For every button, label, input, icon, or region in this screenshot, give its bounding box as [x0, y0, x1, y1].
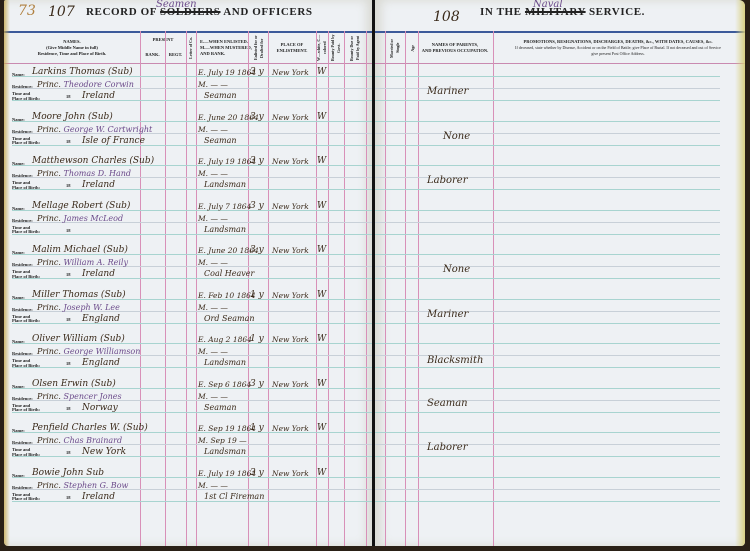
- enlistment-place: New York: [272, 335, 309, 344]
- birthplace: Norway: [82, 403, 118, 413]
- record-entry: Name:Malim Michael (Sub)Residence:Princ.…: [4, 242, 373, 286]
- header-regt: REGT.: [165, 47, 186, 63]
- header-enlisted: E.—WHEN ENLISTED. M.—WHEN MUSTERED, AND …: [196, 33, 252, 63]
- parents-occupation-entry: Mariner: [375, 64, 745, 108]
- year-prefix: 18: [66, 95, 71, 100]
- enlisted-date: E. Aug 2 1864: [198, 335, 252, 344]
- principal-name: James McLeod: [63, 214, 123, 223]
- residence-label: Residence:: [12, 174, 33, 179]
- recruit-name: Olsen Erwin (Sub): [32, 379, 116, 389]
- title-correction: Seamen: [156, 0, 197, 10]
- time-place-label: Time andPlace of Birth:: [12, 181, 40, 190]
- parents-occupation-entry: Seaman: [375, 376, 745, 420]
- time-place-label: Time andPlace of Birth:: [12, 226, 40, 235]
- birthplace: New York: [82, 447, 126, 457]
- residence-prefix: Princ.: [37, 214, 63, 223]
- recruit-name: Oliver William (Sub): [32, 334, 125, 344]
- residence-prefix: Princ.: [37, 347, 63, 356]
- record-entry: Name:Oliver William (Sub)Residence:Princ…: [4, 331, 373, 375]
- previous-occupation: Mariner: [427, 309, 468, 320]
- recruit-name: Penfield Charles W. (Sub): [32, 423, 148, 433]
- header-bounty-due-text: Bounty Due or Paid by Agent: [349, 33, 361, 63]
- color-mark: W: [317, 67, 326, 77]
- left-column-header: NAMES. (Give Middle Name in full) Reside…: [4, 31, 373, 64]
- color-mark: W: [317, 290, 326, 300]
- birthplace: England: [82, 314, 120, 324]
- previous-occupation: Laborer: [427, 442, 468, 453]
- year-prefix: 18: [66, 229, 71, 234]
- enlistment-place: New York: [272, 469, 309, 478]
- enlistment-period: 3 y: [250, 468, 264, 478]
- right-title-correction: Naval: [533, 0, 563, 10]
- color-mark: W: [317, 156, 326, 166]
- record-entry: Name:Moore John (Sub)Residence:Princ. Ge…: [4, 109, 373, 153]
- residence-label: Residence:: [12, 130, 33, 135]
- record-entry: Name:Bowie John SubResidence:Princ. Step…: [4, 465, 373, 509]
- year-prefix: 18: [66, 184, 71, 189]
- mustered-date: M. — —: [198, 258, 228, 267]
- residence-prefix: Princ.: [37, 169, 63, 178]
- title-suffix: AND OFFICERS: [223, 6, 312, 18]
- header-married-text: Married or Single: [389, 33, 401, 63]
- enlisted-date: E. Sep 6 1864: [198, 380, 251, 389]
- left-page-title: RECORD OF SOLDIERS AND OFFICERS: [86, 6, 313, 18]
- mustered-date: M. — —: [198, 125, 228, 134]
- residence-label: Residence:: [12, 263, 33, 268]
- residence-label: Residence:: [12, 486, 33, 491]
- naval-rank: Landsman: [204, 180, 246, 189]
- enlisted-date: E. July 7 1864: [198, 202, 251, 211]
- enlistment-place: New York: [272, 157, 309, 166]
- enlisted-date: E. July 19 1864: [198, 469, 256, 478]
- naval-rank: Ord Seaman: [204, 314, 255, 323]
- residence-label: Residence:: [12, 219, 33, 224]
- recruit-name: Miller Thomas (Sub): [32, 290, 126, 300]
- enlisted-date: E. Sep 19 1864: [198, 424, 256, 433]
- recruit-name: Bowie John Sub: [32, 468, 104, 478]
- recruit-name: Moore John (Sub): [32, 112, 113, 122]
- record-entry: Name:Larkins Thomas (Sub)Residence:Princ…: [4, 64, 373, 108]
- mustered-date: M. — —: [198, 481, 228, 490]
- name-label: Name:: [12, 118, 25, 123]
- year-prefix: 18: [66, 451, 71, 456]
- title-prefix: RECORD OF: [86, 6, 157, 18]
- birthplace: Ireland: [82, 492, 115, 502]
- residence-label: Residence:: [12, 308, 33, 313]
- birthplace: England: [82, 358, 120, 368]
- header-promotions-note: If deceased, state whether by Disease, A…: [493, 45, 743, 57]
- pencil-page-number: 73: [18, 3, 36, 19]
- name-label: Name:: [12, 385, 25, 390]
- enlisted-date: E. Feb 10 1864: [198, 291, 256, 300]
- recruit-name: Mellage Robert (Sub): [32, 201, 130, 211]
- header-age-text: Age: [410, 45, 416, 52]
- residence-value: Princ. Theodore Corwin: [37, 80, 134, 89]
- time-place-label: Time andPlace of Birth:: [12, 315, 40, 324]
- mustered-date: M. — —: [198, 392, 228, 401]
- header-enlisted-period: Enlisted for or Drafted for: [250, 33, 268, 63]
- time-place-label: Time andPlace of Birth:: [12, 448, 40, 457]
- residence-prefix: Princ.: [37, 80, 63, 89]
- enlistment-period: 3 y: [250, 245, 264, 255]
- time-place-label: Time andPlace of Birth:: [12, 359, 40, 368]
- residence-value: Princ. Spencer Jones: [37, 392, 122, 401]
- previous-occupation: Mariner: [427, 86, 468, 97]
- name-label: Name:: [12, 162, 25, 167]
- naval-rank: 1st Cl Fireman: [204, 492, 264, 501]
- color-mark: W: [317, 379, 326, 389]
- residence-prefix: Princ.: [37, 258, 63, 267]
- right-column-header: Married or Single Age NAMES OF PARENTS, …: [375, 31, 745, 64]
- residence-prefix: Princ.: [37, 481, 63, 490]
- principal-name: William A. Reily: [63, 258, 127, 267]
- naval-rank: Landsman: [204, 447, 246, 456]
- right-page: 108 IN THE MILITARY SERVICE. Naval Marri…: [375, 0, 745, 546]
- birthplace: Ireland: [82, 91, 115, 101]
- record-entry: Name:Matthewson Charles (Sub)Residence:P…: [4, 153, 373, 197]
- enlistment-period: 1 y: [250, 334, 264, 344]
- time-place-label: Time andPlace of Birth:: [12, 270, 40, 279]
- naval-rank: Coal Heaver: [204, 269, 254, 278]
- parents-occupation-entry: None: [375, 109, 745, 153]
- record-entry: Name:Olsen Erwin (Sub)Residence:Princ. S…: [4, 376, 373, 420]
- principal-name: George Williamson: [63, 347, 140, 356]
- header-age: Age: [408, 33, 418, 63]
- enlistment-period: 3 y: [250, 112, 264, 122]
- principal-name: Stephen G. Bow: [63, 481, 128, 490]
- mustered-date: M. — —: [198, 80, 228, 89]
- name-label: Name:: [12, 296, 25, 301]
- header-bounty-paid-text: Bounty Paid by Govt.: [330, 33, 342, 63]
- enlistment-period: 3 y: [250, 201, 264, 211]
- residence-prefix: Princ.: [37, 303, 63, 312]
- header-bounty-paid: Bounty Paid by Govt.: [328, 33, 344, 63]
- name-label: Name:: [12, 251, 25, 256]
- residence-label: Residence:: [12, 397, 33, 402]
- enlistment-place: New York: [272, 68, 309, 77]
- year-prefix: 18: [66, 362, 71, 367]
- header-place-line2: ENLISTMENT.: [277, 48, 308, 54]
- enlistment-period: 1 y: [250, 290, 264, 300]
- name-label: Name:: [12, 73, 25, 78]
- color-mark: W: [317, 201, 326, 211]
- enlistment-period: 3 y: [250, 67, 264, 77]
- residence-value: Princ. Stephen G. Bow: [37, 481, 128, 490]
- record-entry: Name:Penfield Charles W. (Sub)Residence:…: [4, 420, 373, 464]
- residence-value: Princ. James McLeod: [37, 214, 123, 223]
- header-letter-co-text: Letter of Co.: [188, 37, 194, 59]
- residence-value: Princ. Chas Brainard: [37, 436, 122, 445]
- header-married: Married or Single: [385, 33, 405, 63]
- parents-occupation-entry: Laborer: [375, 420, 745, 464]
- header-parents-line2: AND PREVIOUS OCCUPATION.: [422, 48, 488, 54]
- previous-occupation: None: [443, 264, 470, 275]
- principal-name: Chas Brainard: [63, 436, 122, 445]
- color-mark: W: [317, 468, 326, 478]
- mustered-date: M. — —: [198, 169, 228, 178]
- birthplace: Isle of France: [82, 136, 145, 146]
- residence-prefix: Princ.: [37, 125, 63, 134]
- mustered-date: M. — —: [198, 214, 228, 223]
- principal-name: Joseph W. Lee: [63, 303, 119, 312]
- enlisted-date: E. July 19 1864: [198, 68, 256, 77]
- mustered-date: M. — —: [198, 347, 228, 356]
- header-names-line3: Residence, Time and Place of Birth.: [38, 51, 106, 57]
- right-title-prefix: IN THE: [480, 6, 522, 18]
- color-mark: W: [317, 112, 326, 122]
- year-prefix: 18: [66, 273, 71, 278]
- header-enlisted-line3: AND RANK.: [200, 51, 225, 57]
- left-page: 73 107 RECORD OF SOLDIERS AND OFFICERS S…: [4, 0, 373, 546]
- residence-prefix: Princ.: [37, 392, 63, 401]
- record-entry: Name:Miller Thomas (Sub)Residence:Princ.…: [4, 287, 373, 331]
- header-parents: NAMES OF PARENTS, AND PREVIOUS OCCUPATIO…: [419, 33, 491, 63]
- header-rank: RANK.: [140, 47, 165, 63]
- mustered-date: M. Sep 19 —: [198, 436, 247, 445]
- naval-rank: Seaman: [204, 91, 237, 100]
- previous-occupation: Laborer: [427, 175, 468, 186]
- right-title-suffix: SERVICE.: [589, 6, 645, 18]
- parents-occupation-entry: Laborer: [375, 153, 745, 197]
- year-prefix: 18: [66, 496, 71, 501]
- residence-value: Princ. George Williamson: [37, 347, 140, 356]
- previous-occupation: Blacksmith: [427, 355, 483, 366]
- parents-occupation-entry: Mariner: [375, 287, 745, 331]
- naval-rank: Seaman: [204, 403, 237, 412]
- year-prefix: 18: [66, 318, 71, 323]
- header-period-text: Enlisted for or Drafted for: [253, 33, 265, 63]
- residence-label: Residence:: [12, 85, 33, 90]
- header-bounty-due: Bounty Due or Paid by Agent: [344, 33, 366, 63]
- principal-name: Spencer Jones: [63, 392, 121, 401]
- enlistment-place: New York: [272, 291, 309, 300]
- name-label: Name:: [12, 340, 25, 345]
- previous-occupation: None: [443, 131, 470, 142]
- header-present: PRESENT: [140, 33, 186, 47]
- recruit-name: Matthewson Charles (Sub): [32, 156, 154, 166]
- color-mark: W: [317, 423, 326, 433]
- naval-rank: Landsman: [204, 225, 246, 234]
- enlistment-period: 3 y: [250, 156, 264, 166]
- parents-occupation-entry: [375, 465, 745, 509]
- time-place-label: Time andPlace of Birth:: [12, 137, 40, 146]
- record-entry: Name:Mellage Robert (Sub)Residence:Princ…: [4, 198, 373, 242]
- recruit-name: Malim Michael (Sub): [32, 245, 128, 255]
- residence-value: Princ. George W. Cartwright: [37, 125, 152, 134]
- name-label: Name:: [12, 207, 25, 212]
- birthplace: Ireland: [82, 180, 115, 190]
- birthplace: Ireland: [82, 269, 115, 279]
- name-label: Name:: [12, 429, 25, 434]
- enlistment-place: New York: [272, 113, 309, 122]
- right-page-number: 108: [433, 9, 460, 25]
- residence-label: Residence:: [12, 441, 33, 446]
- header-place: PLACE OF ENLISTMENT.: [268, 33, 316, 63]
- color-mark: W: [317, 334, 326, 344]
- enlistment-place: New York: [272, 424, 309, 433]
- residence-value: Princ. Thomas D. Hand: [37, 169, 131, 178]
- header-color: W—white, C—colored: [316, 33, 328, 63]
- year-prefix: 18: [66, 407, 71, 412]
- principal-name: George W. Cartwright: [63, 125, 152, 134]
- time-place-label: Time andPlace of Birth:: [12, 404, 40, 413]
- enlisted-date: E. July 19 1864: [198, 157, 256, 166]
- header-names: NAMES. (Give Middle Name in full) Reside…: [4, 33, 140, 63]
- year-prefix: 18: [66, 140, 71, 145]
- color-mark: W: [317, 245, 326, 255]
- recruit-name: Larkins Thomas (Sub): [32, 67, 133, 77]
- residence-prefix: Princ.: [37, 436, 63, 445]
- residence-value: Princ. William A. Reily: [37, 258, 128, 267]
- mustered-date: M. — —: [198, 303, 228, 312]
- parents-occupation-entry: [375, 198, 745, 242]
- residence-value: Princ. Joseph W. Lee: [37, 303, 120, 312]
- ledger-book: 73 107 RECORD OF SOLDIERS AND OFFICERS S…: [0, 0, 750, 551]
- enlistment-period: 3 y: [250, 379, 264, 389]
- parents-occupation-entry: Blacksmith: [375, 331, 745, 375]
- page-number: 107: [48, 4, 75, 20]
- enlistment-place: New York: [272, 202, 309, 211]
- book-gutter: [372, 0, 375, 546]
- naval-rank: Seaman: [204, 136, 237, 145]
- time-place-label: Time andPlace of Birth:: [12, 92, 40, 101]
- enlistment-place: New York: [272, 246, 309, 255]
- parents-occupation-entry: None: [375, 242, 745, 286]
- name-label: Name:: [12, 474, 25, 479]
- naval-rank: Landsman: [204, 358, 246, 367]
- principal-name: Theodore Corwin: [63, 80, 133, 89]
- time-place-label: Time andPlace of Birth:: [12, 493, 40, 502]
- enlistment-place: New York: [272, 380, 309, 389]
- header-letter-co: Letter of Co.: [186, 33, 196, 63]
- previous-occupation: Seaman: [427, 398, 468, 409]
- header-promotions: PROMOTIONS, RESIGNATIONS, DISCHARGES, DE…: [493, 33, 743, 63]
- enlistment-period: 1 y: [250, 423, 264, 433]
- principal-name: Thomas D. Hand: [63, 169, 131, 178]
- residence-label: Residence:: [12, 352, 33, 357]
- header-color-text: W—white, C—colored: [316, 33, 328, 63]
